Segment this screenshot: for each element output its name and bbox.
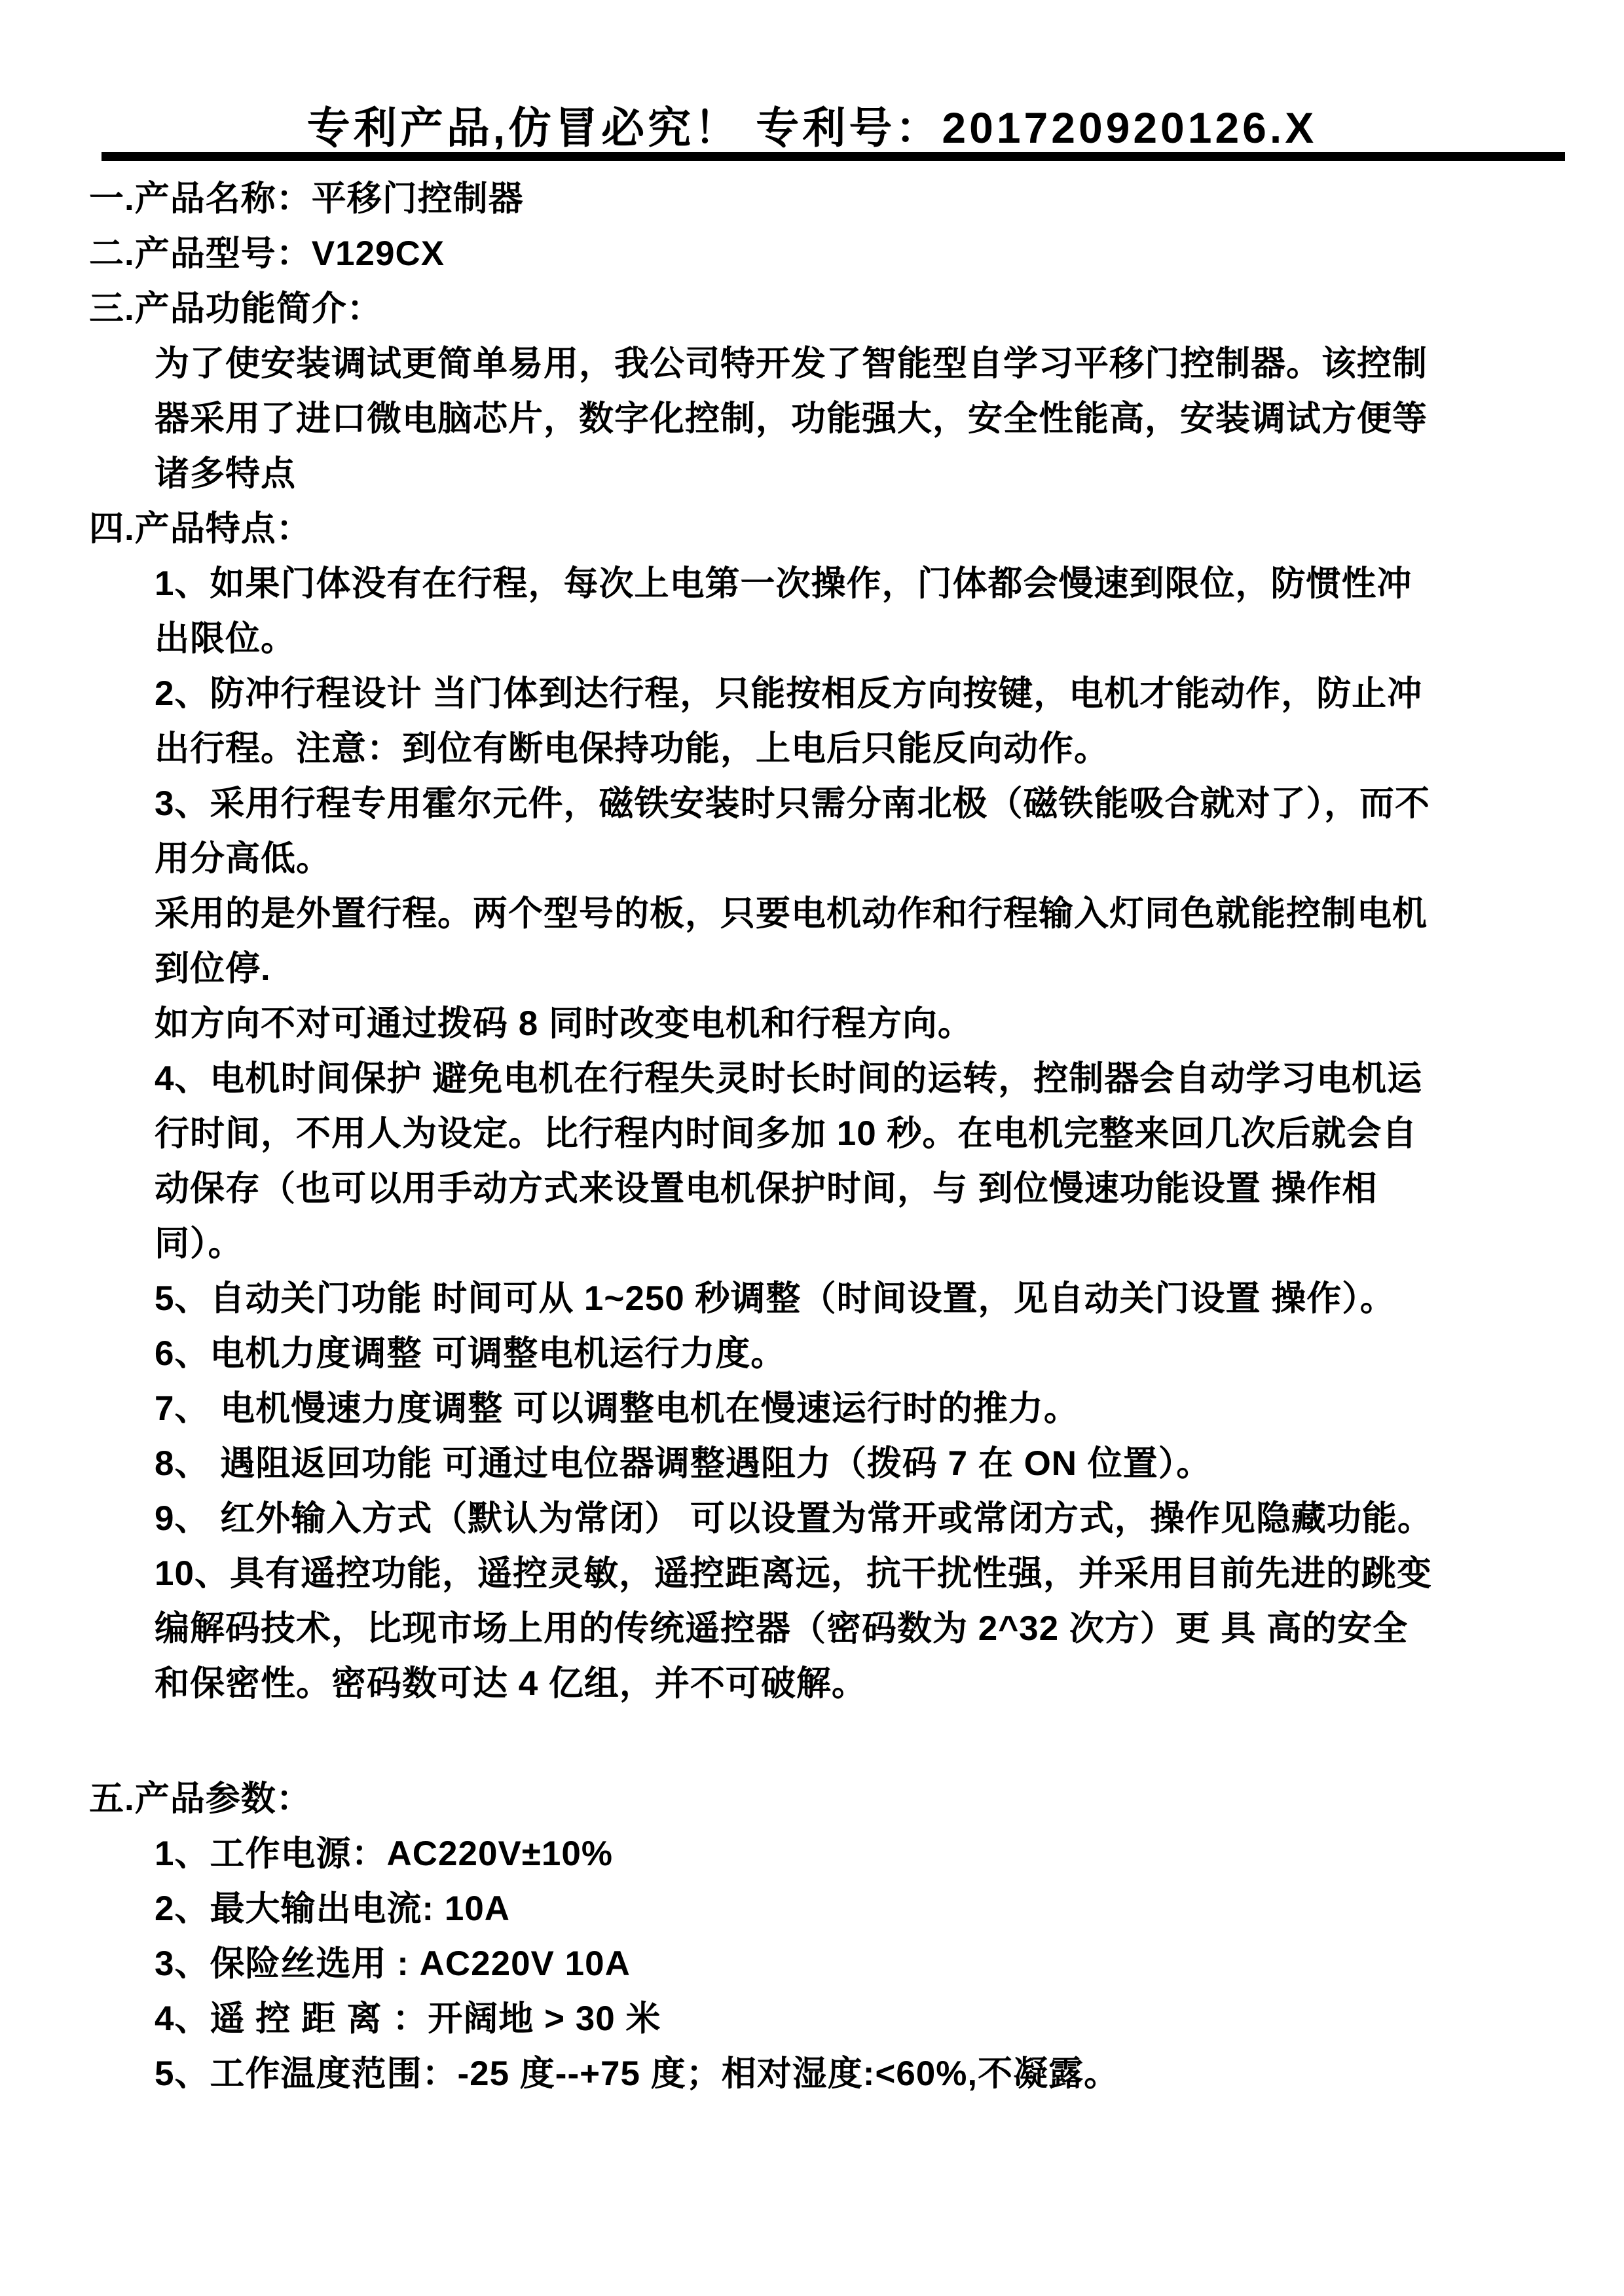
doc-line-feature-4c: 动保存（也可以用手动方式来设置电机保护时间，与 到位慢速功能设置 操作相 <box>0 1161 1624 1216</box>
doc-line-intro-2: 器采用了进口微电脑芯片，数字化控制，功能强大，安全性能高，安装调试方便等 <box>0 392 1624 446</box>
doc-line-feature-7: 7、 电机慢速力度调整 可以调整电机在慢速运行时的推力。 <box>0 1381 1624 1436</box>
title-underline <box>101 152 1565 161</box>
doc-line-feature-3d: 到位停. <box>0 941 1624 996</box>
doc-line-feature-2a: 2、防冲行程设计 当门体到达行程，只能按相反方向按键，电机才能动作，防止冲 <box>0 666 1624 721</box>
doc-line-product-name: 一.产品名称：平移门控制器 <box>0 172 1624 227</box>
doc-line-feature-3b: 用分高低。 <box>0 831 1624 886</box>
doc-line-params-heading: 五.产品参数： <box>0 1772 1624 1827</box>
doc-line-intro-heading: 三.产品功能简介： <box>0 282 1624 337</box>
doc-line-param-5: 5、工作温度范围：-25 度--+75 度；相对湿度:<60%,不凝露。 <box>0 2047 1624 2102</box>
doc-line-param-3: 3、保险丝选用 : AC220V 10A <box>0 1937 1624 1992</box>
doc-line-feature-3c: 采用的是外置行程。两个型号的板，只要电机动作和行程输入灯同色就能控制电机 <box>0 886 1624 941</box>
doc-line-param-2: 2、最大输出电流: 10A <box>0 1882 1624 1937</box>
manual-page: 专利产品,仿冒必究！ 专利号：201720920126.X 一.产品名称：平移门… <box>0 0 1624 2296</box>
doc-line-param-4: 4、遥 控 距 离 ：开阔地 > 30 米 <box>0 1992 1624 2047</box>
doc-line-features-heading: 四.产品特点： <box>0 501 1624 556</box>
doc-line-feature-9: 9、 红外输入方式（默认为常闭） 可以设置为常开或常闭方式，操作见隐藏功能。 <box>0 1491 1624 1546</box>
doc-line-feature-4d: 同）。 <box>0 1216 1624 1271</box>
patent-title: 专利产品,仿冒必究！ 专利号：201720920126.X <box>0 93 1624 155</box>
doc-line-intro-1: 为了使安装调试更简单易用，我公司特开发了智能型自学习平移门控制器。该控制 <box>0 337 1624 392</box>
doc-line-feature-1a: 1、如果门体没有在行程，每次上电第一次操作，门体都会慢速到限位，防惯性冲 <box>0 556 1624 611</box>
doc-line-feature-3e: 如方向不对可通过拨码 8 同时改变电机和行程方向。 <box>0 996 1624 1051</box>
doc-line-feature-10c: 和保密性。密码数可达 4 亿组，并不可破解。 <box>0 1656 1624 1711</box>
doc-line-feature-10a: 10、具有遥控功能，遥控灵敏，遥控距离远，抗干扰性强，并采用目前先进的跳变 <box>0 1546 1624 1601</box>
doc-line-feature-5: 5、自动关门功能 时间可从 1~250 秒调整（时间设置，见自动关门设置 操作）… <box>0 1271 1624 1326</box>
doc-line-feature-4a: 4、电机时间保护 避免电机在行程失灵时长时间的运转，控制器会自动学习电机运 <box>0 1051 1624 1106</box>
doc-line-feature-6: 6、电机力度调整 可调整电机运行力度。 <box>0 1326 1624 1381</box>
section-gap <box>0 1711 1624 1772</box>
document-body: 一.产品名称：平移门控制器 二.产品型号：V129CX 三.产品功能简介： 为了… <box>0 172 1624 2102</box>
doc-line-feature-4b: 行时间，不用人为设定。比行程内时间多加 10 秒。在电机完整来回几次后就会自 <box>0 1106 1624 1161</box>
doc-line-param-1: 1、工作电源：AC220V±10% <box>0 1827 1624 1882</box>
doc-line-feature-2b: 出行程。注意：到位有断电保持功能，上电后只能反向动作。 <box>0 721 1624 776</box>
doc-line-feature-3a: 3、采用行程专用霍尔元件，磁铁安装时只需分南北极（磁铁能吸合就对了），而不 <box>0 776 1624 831</box>
doc-line-intro-3: 诸多特点 <box>0 446 1624 501</box>
doc-line-feature-1b: 出限位。 <box>0 611 1624 666</box>
doc-line-feature-8: 8、 遇阻返回功能 可通过电位器调整遇阻力（拨码 7 在 ON 位置）。 <box>0 1436 1624 1491</box>
doc-line-product-model: 二.产品型号：V129CX <box>0 227 1624 282</box>
doc-line-feature-10b: 编解码技术，比现市场上用的传统遥控器（密码数为 2^32 次方）更 具 高的安全 <box>0 1601 1624 1656</box>
